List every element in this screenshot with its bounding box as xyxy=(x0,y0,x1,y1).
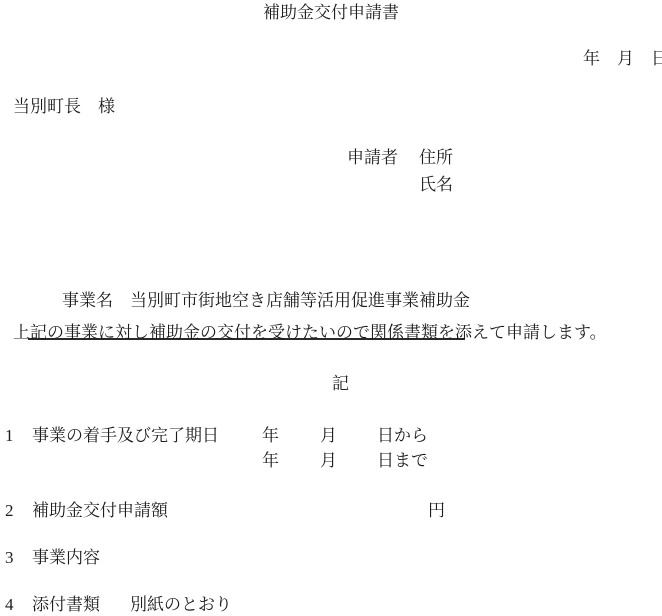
applicant-role-label: 申請者 xyxy=(347,147,398,168)
item-2-currency-unit: 円 xyxy=(428,500,445,521)
project-name-value: 当別町市街地空き店舗等活用促進事業補助金 xyxy=(130,291,470,310)
project-name-label: 事業名 xyxy=(62,291,113,310)
item-1-from-year-label: 年 xyxy=(262,425,279,446)
addressee: 当別町長 様 xyxy=(13,96,115,117)
item-3-label: 事業内容 xyxy=(32,547,100,568)
item-4-number: 4 xyxy=(5,594,14,615)
item-1-from-month-label: 月 xyxy=(320,425,337,446)
item-1-number: 1 xyxy=(5,425,14,446)
item-3-number: 3 xyxy=(5,547,14,568)
application-form-page: 補助金交付申請書 年 月 日 当別町長 様 申請者 住所 氏名 事業名当別町市街… xyxy=(0,0,662,616)
applicant-address-label: 住所 xyxy=(419,147,453,168)
item-2-label: 補助金交付申請額 xyxy=(32,500,168,521)
item-4-value: 別紙のとおり xyxy=(130,594,232,615)
applicant-name-label: 氏名 xyxy=(419,174,453,195)
item-1-to-year-label: 年 xyxy=(262,450,279,471)
item-1-to-day-label: 日まで xyxy=(377,450,428,471)
item-4-label: 添付書類 xyxy=(32,594,100,615)
item-1-label: 事業の着手及び完了期日 xyxy=(32,425,219,446)
date-placeholder: 年 月 日 xyxy=(583,48,662,69)
item-1-to-month-label: 月 xyxy=(320,450,337,471)
record-marker: 記 xyxy=(332,373,349,394)
item-1-from-day-label: 日から xyxy=(377,425,428,446)
application-statement: 上記の事業に対し補助金の交付を受けたいので関係書類を添えて申請します。 xyxy=(13,322,607,343)
item-2-number: 2 xyxy=(5,500,14,521)
document-title: 補助金交付申請書 xyxy=(0,2,662,23)
